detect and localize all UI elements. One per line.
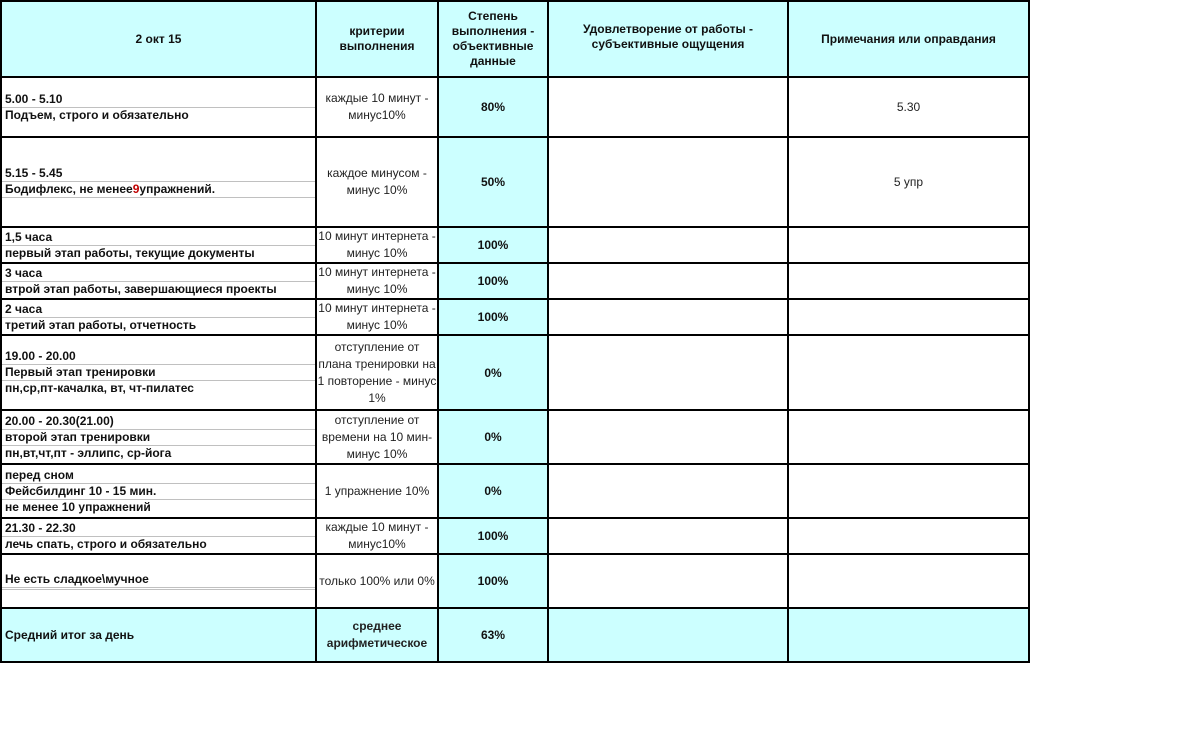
satisfaction-cell[interactable] — [548, 410, 788, 464]
percent-cell[interactable]: 100% — [438, 227, 548, 263]
task-time: перед сном — [2, 468, 315, 484]
satisfaction-cell[interactable] — [548, 335, 788, 410]
table-row: Не есть сладкое\мучное только 100% или 0… — [1, 554, 1029, 608]
task-desc: Фейсбилдинг 10 - 15 мин. — [2, 484, 315, 500]
criteria-cell[interactable]: отступление от плана тренировки на 1 пов… — [316, 335, 438, 410]
table-row: 5.00 - 5.10 Подъем, строго и обязательно… — [1, 77, 1029, 137]
satisfaction-cell[interactable] — [548, 77, 788, 137]
note-cell[interactable] — [788, 335, 1029, 410]
note-cell[interactable]: 5 упр — [788, 137, 1029, 227]
total-criteria[interactable]: среднее арифметическое — [316, 608, 438, 662]
percent-cell[interactable]: 50% — [438, 137, 548, 227]
task-detail: пн,ср,пт-качалка, вт, чт-пилатес — [2, 381, 315, 396]
task-empty-line — [2, 590, 315, 591]
percent-cell[interactable]: 100% — [438, 518, 548, 554]
table-row: 20.00 - 20.30(21.00) второй этап трениро… — [1, 410, 1029, 464]
satisfaction-cell[interactable] — [548, 554, 788, 608]
percent-cell[interactable]: 100% — [438, 554, 548, 608]
task-desc: втрой этап работы, завершающиеся проекты — [2, 282, 315, 297]
percent-cell[interactable]: 0% — [438, 335, 548, 410]
note-cell[interactable] — [788, 554, 1029, 608]
task-desc-suffix: упражнений. — [139, 182, 215, 196]
satisfaction-cell[interactable] — [548, 464, 788, 518]
table-row: 1,5 часа первый этап работы, текущие док… — [1, 227, 1029, 263]
percent-cell[interactable]: 80% — [438, 77, 548, 137]
header-row: 2 окт 15 критерии выполнения Степень вып… — [1, 1, 1029, 77]
table-row: 19.00 - 20.00 Первый этап тренировки пн,… — [1, 335, 1029, 410]
task-cell[interactable]: 2 часа третий этап работы, отчетность — [1, 299, 316, 335]
task-time: 20.00 - 20.30(21.00) — [2, 414, 315, 430]
task-cell[interactable]: 19.00 - 20.00 Первый этап тренировки пн,… — [1, 335, 316, 410]
task-time: 1,5 часа — [2, 230, 315, 246]
task-cell[interactable]: 1,5 часа первый этап работы, текущие док… — [1, 227, 316, 263]
total-satisfaction[interactable] — [548, 608, 788, 662]
header-criteria[interactable]: критерии выполнения — [316, 1, 438, 77]
task-detail: пн,вт,чт,пт - эллипс, ср-йога — [2, 446, 315, 461]
table-row: перед сном Фейсбилдинг 10 - 15 мин. не м… — [1, 464, 1029, 518]
task-desc: Не есть сладкое\мучное — [2, 572, 315, 588]
task-desc-prefix: Бодифлекс, не менее — [5, 182, 133, 196]
task-time: 3 часа — [2, 266, 315, 282]
task-cell[interactable]: перед сном Фейсбилдинг 10 - 15 мин. не м… — [1, 464, 316, 518]
table-row: 2 часа третий этап работы, отчетность 10… — [1, 299, 1029, 335]
exercise-count-highlight: 9 — [133, 182, 140, 196]
satisfaction-cell[interactable] — [548, 518, 788, 554]
criteria-cell[interactable]: 10 минут интернета - минус 10% — [316, 263, 438, 299]
note-cell[interactable] — [788, 410, 1029, 464]
task-cell[interactable]: 5.15 - 5.45 Бодифлекс, не менее 9 упражн… — [1, 137, 316, 227]
task-time: 5.15 - 5.45 — [2, 166, 315, 182]
task-cell[interactable]: 5.00 - 5.10 Подъем, строго и обязательно — [1, 77, 316, 137]
note-cell[interactable] — [788, 299, 1029, 335]
criteria-cell[interactable]: только 100% или 0% — [316, 554, 438, 608]
task-cell[interactable]: 21.30 - 22.30 лечь спать, строго и обяза… — [1, 518, 316, 554]
criteria-cell[interactable]: 10 минут интернета - минус 10% — [316, 227, 438, 263]
task-desc: второй этап тренировки — [2, 430, 315, 446]
table-row: 21.30 - 22.30 лечь спать, строго и обяза… — [1, 518, 1029, 554]
note-cell[interactable]: 5.30 — [788, 77, 1029, 137]
total-label[interactable]: Средний итог за день — [1, 608, 316, 662]
satisfaction-cell[interactable] — [548, 263, 788, 299]
percent-cell[interactable]: 0% — [438, 464, 548, 518]
header-date[interactable]: 2 окт 15 — [1, 1, 316, 77]
task-desc: лечь спать, строго и обязательно — [2, 537, 315, 552]
note-cell[interactable] — [788, 518, 1029, 554]
daily-plan-table: 2 окт 15 критерии выполнения Степень вып… — [0, 0, 1030, 663]
total-row: Средний итог за день среднее арифметичес… — [1, 608, 1029, 662]
task-cell[interactable]: 20.00 - 20.30(21.00) второй этап трениро… — [1, 410, 316, 464]
table-row: 3 часа втрой этап работы, завершающиеся … — [1, 263, 1029, 299]
task-time: 19.00 - 20.00 — [2, 349, 315, 365]
task-time: 2 часа — [2, 302, 315, 318]
percent-cell[interactable]: 0% — [438, 410, 548, 464]
criteria-cell[interactable]: отступление от времени на 10 мин- минус … — [316, 410, 438, 464]
task-desc: первый этап работы, текущие документы — [2, 246, 315, 261]
note-cell[interactable] — [788, 263, 1029, 299]
total-note[interactable] — [788, 608, 1029, 662]
task-cell[interactable]: 3 часа втрой этап работы, завершающиеся … — [1, 263, 316, 299]
note-cell[interactable] — [788, 464, 1029, 518]
percent-cell[interactable]: 100% — [438, 263, 548, 299]
task-time: 21.30 - 22.30 — [2, 521, 315, 537]
header-satisfaction[interactable]: Удовлетворение от работы - субъективные … — [548, 1, 788, 77]
criteria-cell[interactable]: 1 упражнение 10% — [316, 464, 438, 518]
table-row: 5.15 - 5.45 Бодифлекс, не менее 9 упражн… — [1, 137, 1029, 227]
criteria-cell[interactable]: 10 минут интернета - минус 10% — [316, 299, 438, 335]
satisfaction-cell[interactable] — [548, 137, 788, 227]
task-desc: Бодифлекс, не менее 9 упражнений. — [2, 182, 315, 198]
header-degree[interactable]: Степень выполнения - объективные данные — [438, 1, 548, 77]
criteria-cell[interactable]: каждые 10 минут - минус10% — [316, 77, 438, 137]
task-detail: не менее 10 упражнений — [2, 500, 315, 515]
task-desc: третий этап работы, отчетность — [2, 318, 315, 333]
task-empty-line — [2, 198, 315, 199]
header-notes[interactable]: Примечания или оправдания — [788, 1, 1029, 77]
criteria-cell[interactable]: каждые 10 минут - минус10% — [316, 518, 438, 554]
satisfaction-cell[interactable] — [548, 227, 788, 263]
criteria-cell[interactable]: каждое минусом - минус 10% — [316, 137, 438, 227]
task-cell[interactable]: Не есть сладкое\мучное — [1, 554, 316, 608]
task-time: 5.00 - 5.10 — [2, 92, 315, 108]
satisfaction-cell[interactable] — [548, 299, 788, 335]
note-cell[interactable] — [788, 227, 1029, 263]
task-desc: Первый этап тренировки — [2, 365, 315, 381]
percent-cell[interactable]: 100% — [438, 299, 548, 335]
task-desc: Подъем, строго и обязательно — [2, 108, 315, 123]
total-percent[interactable]: 63% — [438, 608, 548, 662]
